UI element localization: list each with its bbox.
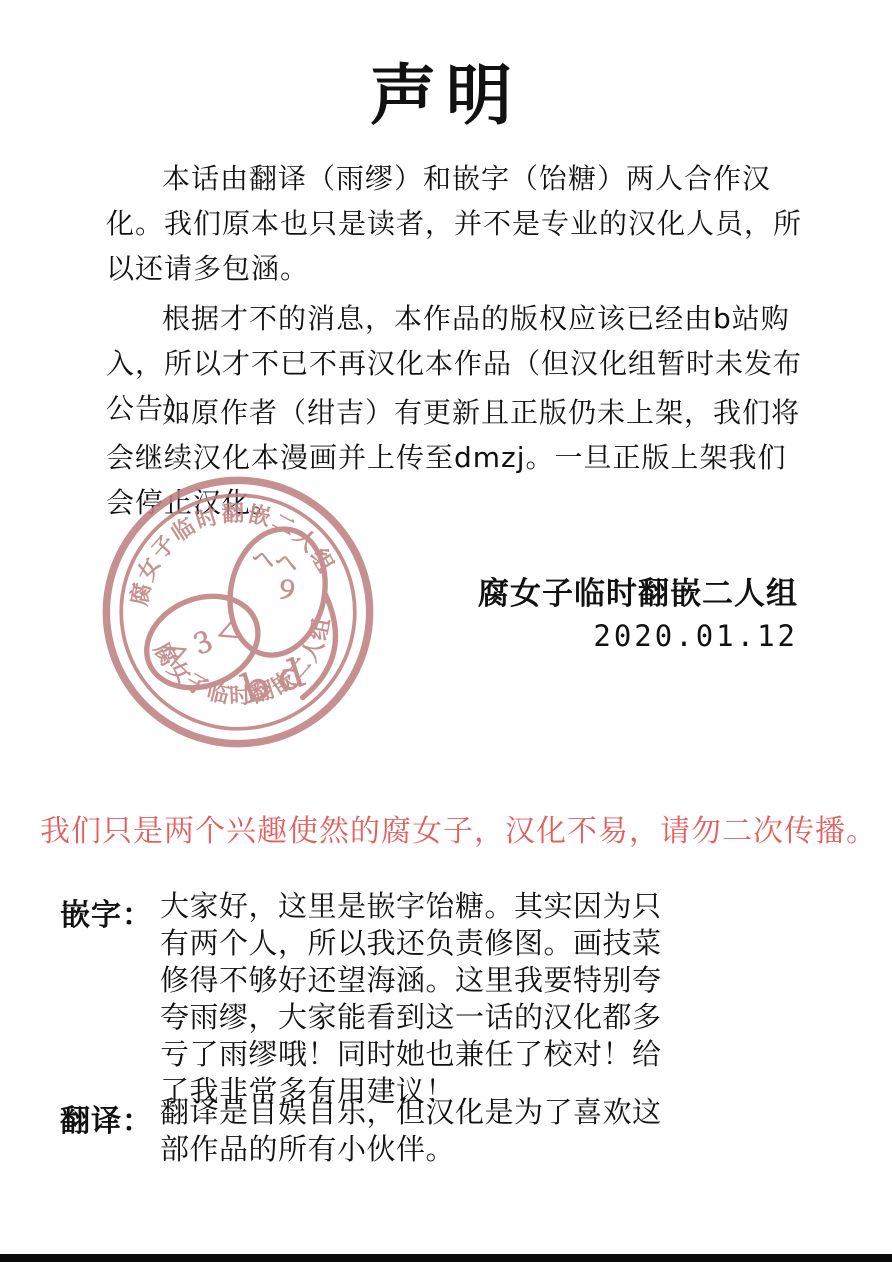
no-repost-warning: 我们只是两个兴趣使然的腐女子，汉化不易，请勿二次传播。 [40, 806, 886, 850]
page-title: 声明 [0, 42, 892, 137]
translator-role-label: 翻译： [60, 1096, 160, 1140]
release-date: 2020.01.12 [478, 619, 798, 653]
scan-edge-bar [0, 1254, 892, 1262]
closed-eyes-icon: ヘヘ [250, 544, 300, 578]
group-name: 腐女子临时翻嵌二人组 [478, 568, 798, 613]
statement-paragraph-1: 本话由翻译（雨缪）和嵌字（饴糖）两人合作汉化。我们原本也只是读者，并不是专业的汉… [106, 156, 812, 291]
group-seal-stamp: 腐女子临时翻嵌二人组 腐女子临时翻嵌二人组 ＞３＜ ヘヘ ９ ｂｄ [100, 474, 376, 750]
curl-mouth-icon: ９ [272, 574, 301, 607]
statement-page: 声明 本话由翻译（雨缪）和嵌字（饴糖）两人合作汉化。我们原本也只是读者，并不是专… [0, 0, 892, 1262]
typesetter-role-label: 嵌字： [60, 890, 160, 934]
typesetter-note: 嵌字： 大家好，这里是嵌字饴糖。其实因为只有两个人，所以我还负责修图。画技菜修得… [60, 888, 700, 1110]
translator-note: 翻译： 翻译是自娱自乐，但汉化是为了喜欢这部作品的所有小伙伴。 [60, 1094, 700, 1168]
translator-note-text: 翻译是自娱自乐，但汉化是为了喜欢这部作品的所有小伙伴。 [160, 1094, 688, 1168]
kissy-face-icon: ＞３＜ [158, 612, 247, 674]
signature-block: 腐女子临时翻嵌二人组 2020.01.12 [478, 568, 798, 653]
thumbs-up-icons: ｂｄ [232, 651, 314, 713]
typesetter-note-text: 大家好，这里是嵌字饴糖。其实因为只有两个人，所以我还负责修图。画技菜修得不够好还… [160, 888, 688, 1110]
